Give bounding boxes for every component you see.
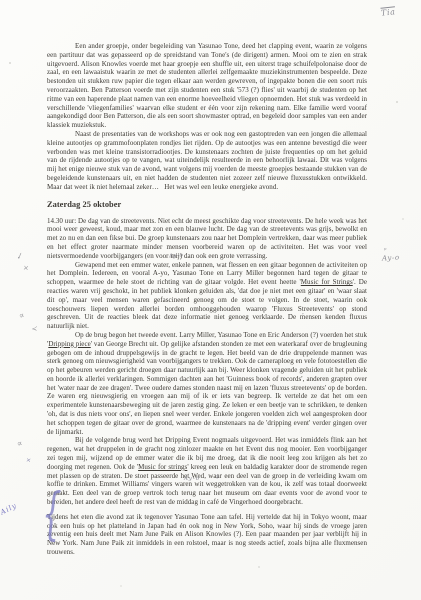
margin-cross-koffie: ⨯ bbox=[25, 457, 31, 465]
section-heading-zaterdag: Zaterdag 25 oktober bbox=[47, 200, 367, 210]
margin-ayo-small-mark: ᵖ bbox=[384, 247, 386, 254]
paragraph-dripping-piece: Op de brug begon het tweede event. Larry… bbox=[47, 331, 367, 437]
margin-mark-dripping-1: ∝ bbox=[18, 310, 26, 320]
paragraph-streetevents-weer: 14.30 uur: De dag van de streetevents. N… bbox=[47, 217, 367, 261]
inline-ayo-correction: Ay-o bbox=[169, 253, 184, 260]
blue-ink-brace: { bbox=[42, 482, 62, 547]
margin-checkmark-1: ✓ bbox=[14, 251, 24, 262]
handwritten-initials-top-right: Tia bbox=[381, 7, 396, 17]
typed-text-block: Een ander groepje, onder begeleiding van… bbox=[47, 42, 367, 557]
scanned-diary-page: Een ander groepje, onder begeleiding van… bbox=[0, 0, 421, 600]
blue-ink-note: Aily bbox=[0, 501, 18, 516]
paragraph-clapping-event: Een ander groepje, onder begeleiding van… bbox=[47, 42, 367, 130]
paragraph-autootjes: Naast de presentaties van de workshops w… bbox=[47, 130, 367, 192]
paragraph-dripping-regen: Bij de volgende brug werd het Dripping E… bbox=[47, 436, 367, 506]
paragraph-diner-tone: Tijdens het eten die avond zat ik tegeno… bbox=[47, 513, 367, 557]
margin-cross-1: ⨯ bbox=[22, 264, 29, 273]
margin-mark-regen: ∝ bbox=[16, 438, 23, 448]
paragraph-music-for-strings: Gewapend met een emmer water, enkele pan… bbox=[47, 261, 367, 331]
margin-ayo-note: Ay-o bbox=[382, 254, 400, 263]
margin-mark-dripping-2: ≺ bbox=[31, 325, 38, 334]
dinner-ayo-note: Ay-o bbox=[184, 476, 200, 482]
